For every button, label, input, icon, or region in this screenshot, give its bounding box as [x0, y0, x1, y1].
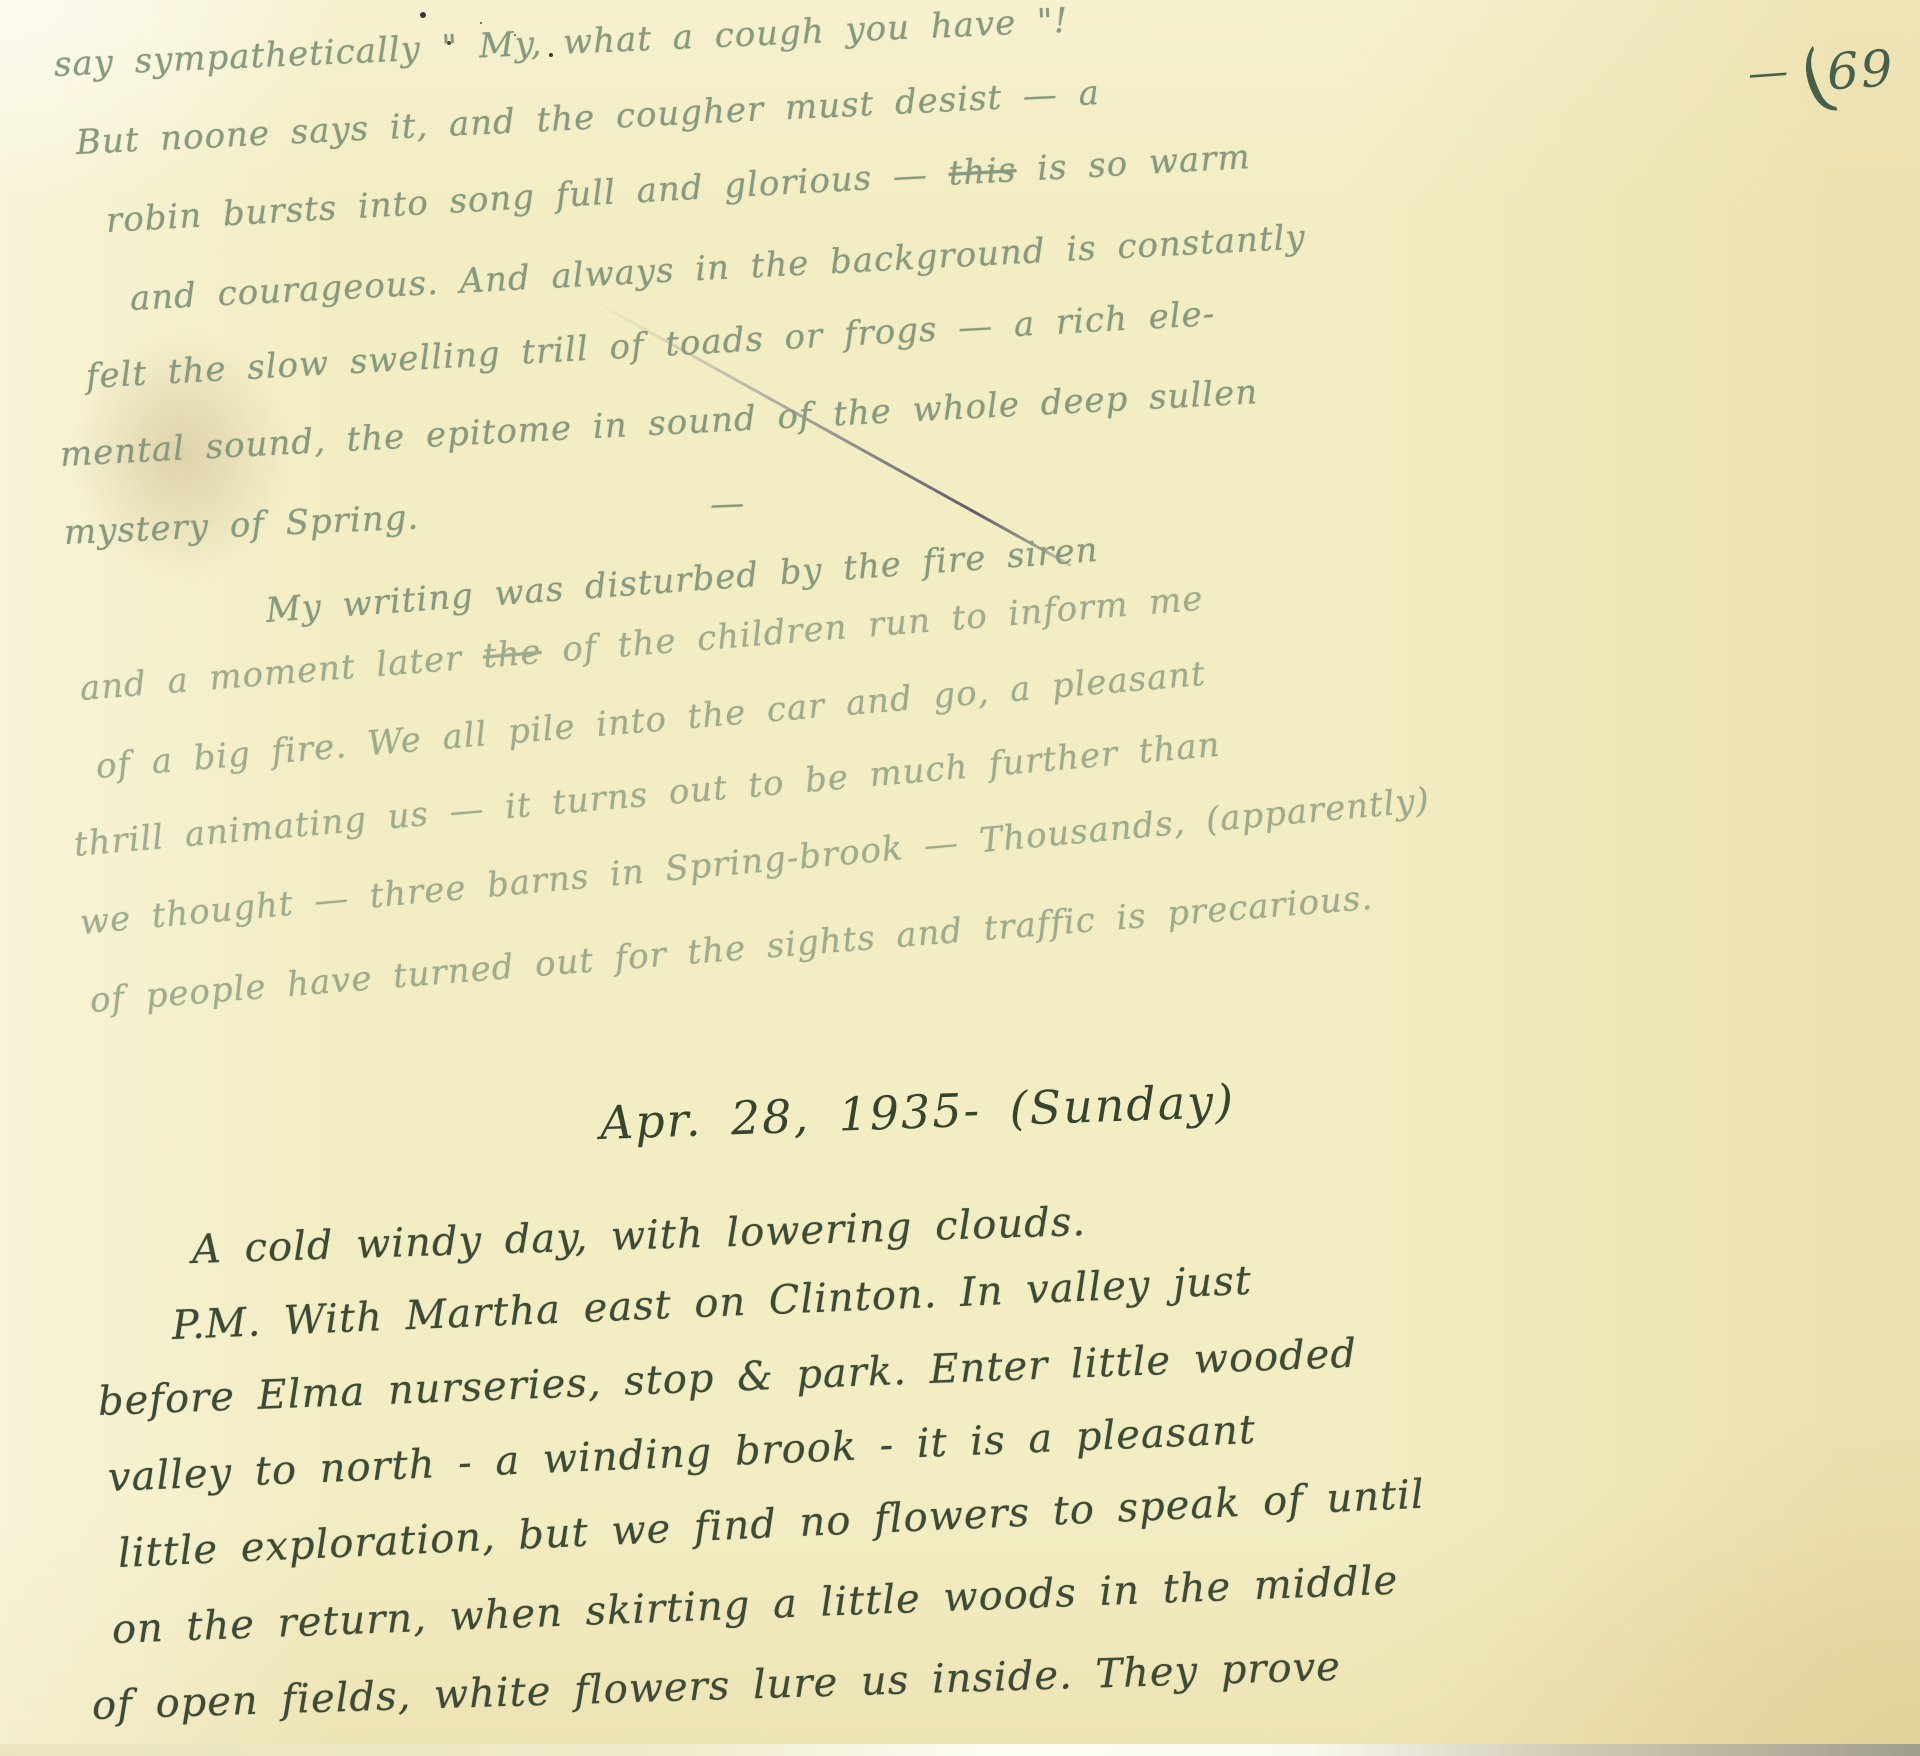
pencil-text-section: say sympathetically " My, what a cough y…	[34, 26, 1910, 1040]
ink-text-section: A cold windy day, with lowering clouds.P…	[64, 1212, 1900, 1744]
page-bottom-edge	[0, 1744, 1920, 1756]
struck-word: this	[947, 150, 1017, 194]
entry-date-heading: Apr. 28, 1935- (Sunday)	[599, 1074, 1236, 1150]
journal-page: —(69 say sympathetically " My, what a co…	[0, 0, 1920, 1756]
struck-word: the	[481, 632, 543, 677]
